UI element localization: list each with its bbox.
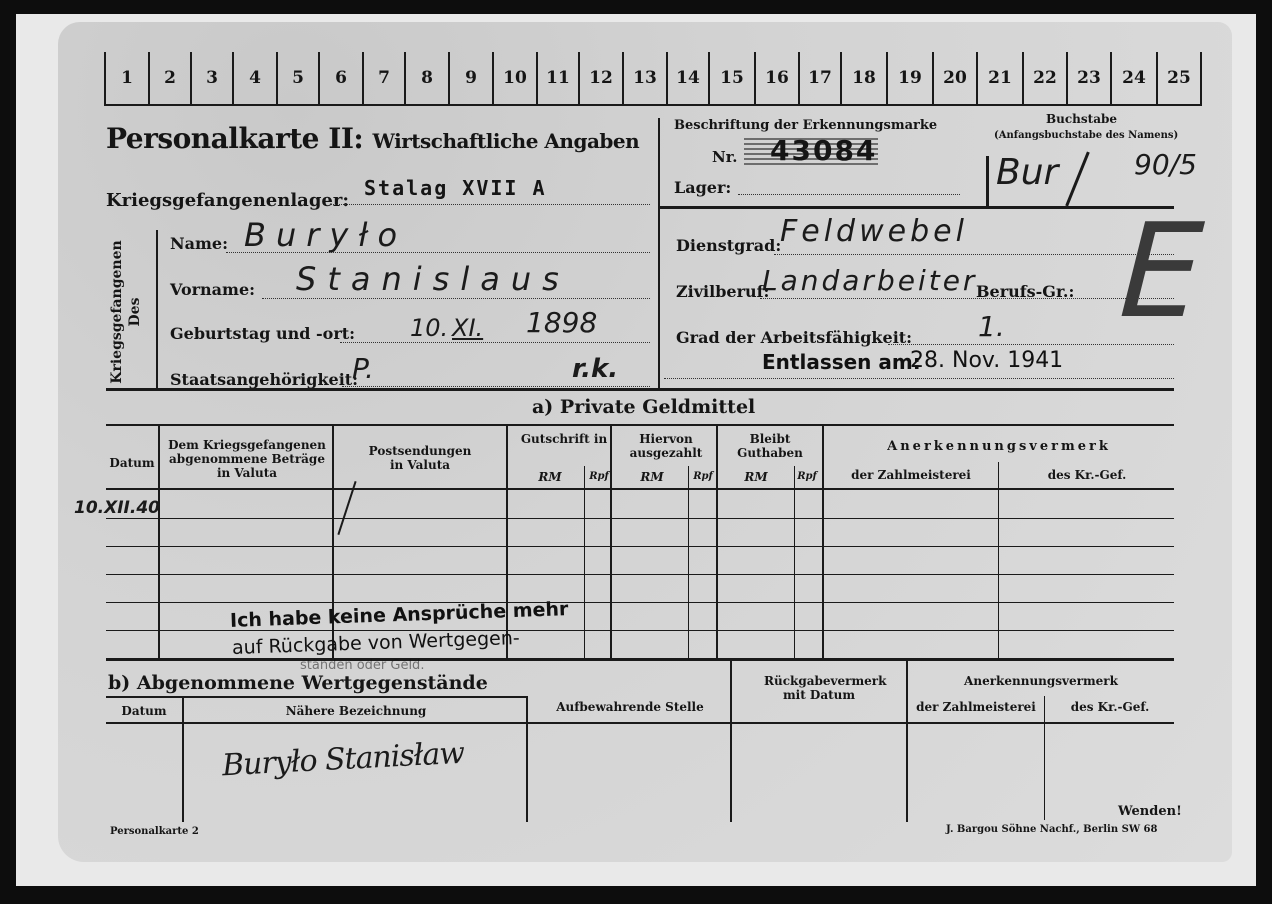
work-grade-value: 1. [978,310,1005,343]
stamp-line-3: ständen oder Geld. [300,658,424,673]
number-cell: 22 [1024,52,1068,104]
paid-rpf-header: Rpf [690,470,716,484]
civil-value: Landarbeiter [762,264,977,297]
number-cell: 16 [756,52,800,104]
b-col-storage-header: Aufbewahrende Stelle [530,700,730,714]
form-name: Personalkarte 2 [110,826,199,837]
col-datum-header: Datum [106,456,158,470]
lager-label: Lager: [674,178,731,197]
number-cell: 20 [934,52,978,104]
section-a-title: a) Private Geldmittel [532,396,755,418]
b-col-ack-pay-header: der Zahlmeisterei [908,700,1044,714]
paid-rm-header: RM [622,470,682,484]
col-credit-header: Gutschrift in [512,432,616,446]
number-cell: 8 [406,52,450,104]
col-line [688,466,689,660]
section-b-top-line [106,696,528,698]
profession-group-label: Berufs-Gr.: [976,282,1074,301]
col-line [158,424,160,660]
letter-value: Bur [996,152,1058,193]
b-col-ack-header: Anerkennungsvermerk [908,674,1174,688]
section-a-header-line [106,488,1174,490]
row-line [106,518,1174,519]
number-cell: 18 [842,52,888,104]
number-cell: 9 [450,52,494,104]
number-cell: 13 [624,52,668,104]
row-line [106,602,1174,603]
birth-dotted-line [340,342,650,343]
letter-number: 90/5 [1134,148,1197,181]
row-1-datum: 10.XII.40 [74,498,160,518]
col-taken-header: Dem Kriegsgefangenen abgenommene Beträge… [162,438,332,480]
camp-label: Kriegsgefangenenlager: [106,190,349,211]
section-a-top-line [106,424,1174,426]
birth-label: Geburtstag und -ort: [170,324,355,343]
letter-box-bar [986,156,989,206]
printer-imprint: J. Bargou Söhne Nachf., Berlin SW 68 [946,824,1157,835]
number-cell: 23 [1068,52,1112,104]
camp-dotted-line [330,204,650,205]
rank-label: Dienstgrad: [676,236,781,255]
nationality-value: P. [352,352,374,385]
section-b-header-line [106,722,1174,724]
turn-over-note: Wenden! [1118,804,1182,819]
religion-value: r.k. [572,354,618,384]
number-cell: 12 [580,52,624,104]
released-label: Entlassen am: [762,350,921,374]
col-line [716,424,718,660]
col-line [1044,696,1045,820]
birth-month: XI. [452,314,483,342]
b-col-return-header: Rückgabevermerk mit Datum [764,674,874,702]
col-line [182,696,184,822]
vorname-value: Stanislaus [296,260,570,298]
col-line [506,424,508,660]
number-cell: 6 [320,52,364,104]
balance-rm-header: RM [726,470,786,484]
col-line [794,466,795,660]
name-value: Buryło [244,216,407,254]
id-nr-label: Nr. [712,148,737,166]
balance-rpf-header: Rpf [794,470,820,484]
birth-day: 10. [410,314,448,342]
id-tag-header: Beschriftung der Erkennungsmarke [674,118,937,133]
rank-dotted-line [774,254,1174,255]
prisoner-side-label: Kriegsgefangenen Des [108,232,144,392]
vorname-dotted-line [262,298,650,299]
col-ack-header: Anerkennungsvermerk [824,440,1174,454]
id-block-divider [660,206,1174,209]
upper-divider [658,118,660,390]
number-cell: 4 [234,52,278,104]
row-line [106,546,1174,547]
number-cell: 25 [1158,52,1202,104]
nationality-dotted-line [342,386,650,387]
number-cell: 24 [1112,52,1158,104]
section-a-bottom-line [106,658,1174,661]
id-nr-value: 43084 [770,134,877,167]
birth-year: 1898 [526,306,597,339]
number-cell: 19 [888,52,934,104]
prisoner-block-bar [156,230,158,390]
civil-label: Zivilberuf: [676,282,769,301]
number-strip: 1234567891011121314151617181920212223242… [104,52,1202,106]
col-balance-header: Bleibt Guthaben [720,432,820,460]
card-title: Personalkarte II: Wirtschaftliche Angabe… [106,122,639,155]
released-value: 28. Nov. 1941 [910,348,1063,373]
section-b-title: b) Abgenommene Wertgegenstände [108,672,488,694]
col-line [998,462,999,658]
number-cell: 21 [978,52,1024,104]
work-grade-label: Grad der Arbeitsfähigkeit: [676,328,912,347]
letter-subheader: (Anfangsbuchstabe des Namens) [994,130,1178,141]
number-cell: 17 [800,52,842,104]
number-cell: 15 [710,52,756,104]
row-line [106,574,1174,575]
number-cell: 2 [150,52,192,104]
card-subtitle: Wirtschaftliche Angaben [373,129,640,153]
camp-value: Stalag XVII A [364,176,547,200]
number-cell: 7 [364,52,406,104]
b-col-description-header: Nähere Bezeichnung [186,704,526,718]
col-line [730,660,732,822]
lager-dotted-line [738,194,960,195]
col-paid-header: Hiervon ausgezahlt [616,432,716,460]
nationality-label: Staatsangehörigkeit: [170,370,358,389]
rank-value: Feldwebel [780,214,968,249]
col-ack-pow-header: des Kr.-Gef. [1000,468,1174,482]
number-cell: 10 [494,52,538,104]
number-cell: 11 [538,52,580,104]
col-post-header: Postsendungen in Valuta [360,444,480,472]
released-dotted-line [664,378,1174,379]
upper-section-divider [106,388,1174,391]
col-ack-pay-header: der Zahlmeisterei [824,468,998,482]
col-line [526,696,528,822]
col-line [822,424,824,660]
credit-rm-header: RM [520,470,580,484]
credit-rpf-header: Rpf [586,470,612,484]
number-cell: 14 [668,52,710,104]
col-line [610,424,612,660]
b-col-ack-pow-header: des Kr.-Gef. [1046,700,1174,714]
number-cell: 3 [192,52,234,104]
col-line [584,466,585,660]
vorname-label: Vorname: [170,280,255,299]
number-cell: 5 [278,52,320,104]
name-label: Name: [170,234,228,253]
b-col-datum-header: Datum [106,704,182,718]
number-cell: 1 [106,52,150,104]
letter-header: Buchstabe [1046,112,1117,126]
